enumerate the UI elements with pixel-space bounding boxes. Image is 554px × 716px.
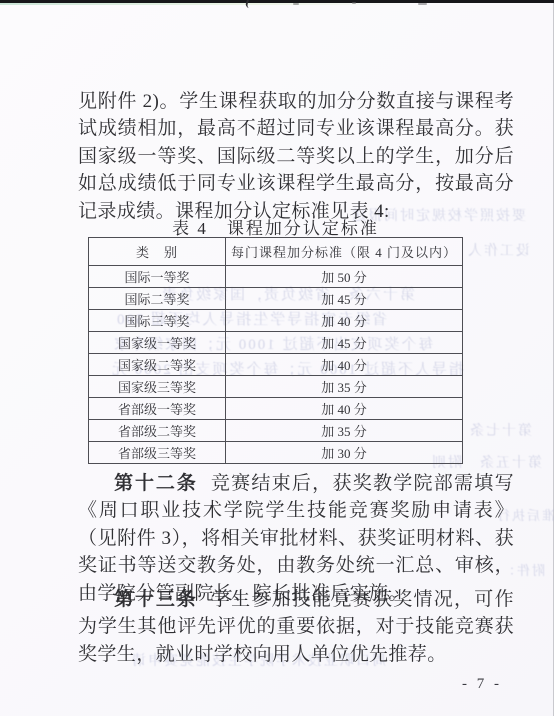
table-row: 国家级一等奖加 45 分	[89, 332, 463, 354]
bleedthrough-text: 第十七条	[468, 420, 532, 440]
table-row: 国家级二等奖加 40 分	[89, 354, 463, 376]
table-cell: 加 35 分	[226, 420, 463, 442]
article-13-number: 第十三条	[114, 589, 197, 610]
table-header-category: 类 别	[89, 238, 226, 266]
table-cell: 加 40 分	[226, 398, 463, 420]
table-cell: 省部级三等奖	[89, 442, 226, 464]
table-caption: 表 4 课程加分认定标准	[88, 214, 463, 239]
table-cell: 加 40 分	[226, 354, 463, 376]
table-row: 省部级二等奖加 35 分	[89, 420, 463, 442]
scan-speck	[352, 2, 356, 4]
paragraph-article-13: 第十三条学生参加技能竞赛获奖情况，可作为学生其他评先评优的重要依据，对于技能竞赛…	[78, 586, 514, 668]
table-row: 国家级三等奖加 35 分	[89, 376, 463, 398]
table-cell: 国家级二等奖	[89, 354, 226, 376]
scan-speck	[418, 3, 427, 5]
table-cell: 省部级一等奖	[89, 398, 226, 420]
pen-squiggle-mark	[245, 0, 260, 11]
table-cell: 省部级二等奖	[89, 420, 226, 442]
table-cell: 国际一等奖	[89, 266, 226, 288]
table-cell: 加 35 分	[226, 376, 463, 398]
scanner-edge-tint	[0, 3, 420, 5]
table-row: 国际二等奖加 45 分	[89, 288, 463, 310]
article-12-number: 第十二条	[114, 473, 197, 494]
bleedthrough-text: 设工作人	[466, 240, 530, 260]
table-cell: 国家级三等奖	[89, 376, 226, 398]
table-header-standard: 每门课程加分标准（限 4 门及以内）	[226, 238, 463, 266]
table-cell: 国际二等奖	[89, 288, 226, 310]
table-cell: 加 45 分	[226, 332, 463, 354]
table-cell: 加 45 分	[226, 288, 463, 310]
scan-speck	[293, 3, 299, 5]
page-number: - 7 -	[462, 676, 502, 693]
table-row: 国际三等奖加 40 分	[89, 310, 463, 332]
table-cell: 加 40 分	[226, 310, 463, 332]
table-cell: 加 50 分	[226, 266, 463, 288]
course-bonus-table: 类 别 每门课程加分标准（限 4 门及以内） 国际一等奖加 50 分国际二等奖加…	[88, 237, 463, 464]
table-header-row: 类 别 每门课程加分标准（限 4 门及以内）	[89, 238, 463, 266]
table-cell: 加 30 分	[226, 442, 463, 464]
scanned-document-page: 要按照学校规定时间报送设工作人第十六条 省级负责，国家级负责省级专家指导学生指导…	[0, 0, 554, 716]
table-row: 省部级一等奖加 40 分	[89, 398, 463, 420]
paragraph-continuation: 见附件 2)。学生课程获取的加分分数直接与课程考试成绩相加，最高不超过同专业该课…	[78, 88, 514, 225]
table-cell: 国家级一等奖	[89, 332, 226, 354]
table-row: 国际一等奖加 50 分	[89, 266, 463, 288]
table-cell: 国际三等奖	[89, 310, 226, 332]
table-row: 省部级三等奖加 30 分	[89, 442, 463, 464]
